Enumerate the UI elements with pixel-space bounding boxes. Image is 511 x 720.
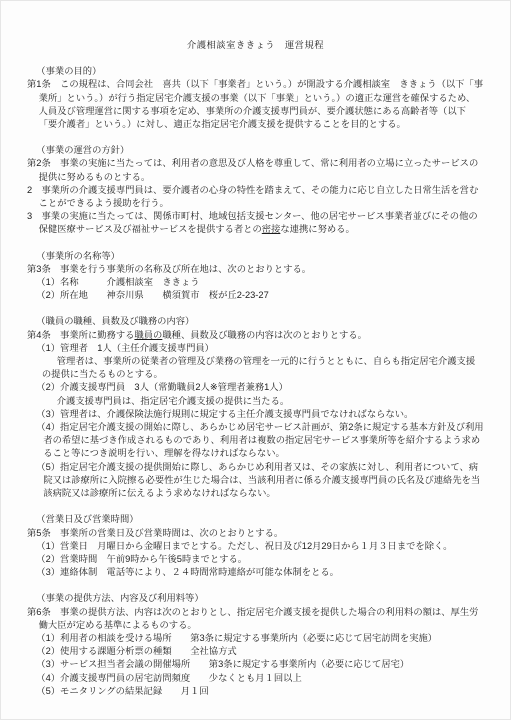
- doc-article: 第3条 事業を行う事業所の名称及び所在地は、次のとおりとする。: [27, 263, 484, 276]
- document-page: 介護相談室ききょう 運営規程 （事業の目的）第1条 この規程は、合同会社 喜共（…: [0, 0, 511, 720]
- doc-item: （2）使用する課題分析票の種類 全社協方式: [27, 645, 484, 658]
- doc-item: （2）所在地 神奈川県 横須賀市 桜が丘2-23-27: [27, 289, 484, 302]
- doc-item: （5）指定居宅介護支援の提供開始に際し、あらかじめ利用者又は、その家族に対し、利…: [27, 461, 484, 501]
- doc-item: （1）営業日 月曜日から金曜日までとする。ただし、祝日及び12月29日から１月３…: [27, 540, 484, 553]
- doc-item: （4）介護支援専門員の居宅訪問頻度 少なくとも月１回以上: [27, 672, 484, 685]
- doc-item: （5）モニタリングの結果記録 月１回: [27, 685, 484, 698]
- doc-heading: （事業の運営の方針）: [27, 144, 484, 157]
- doc-item: （3）管理者は、介護保険法施行規則に規定する主任介護支援専門員でなければならない…: [27, 408, 484, 421]
- doc-item: （2）介護支援専門員 3人（常勤職員2人※管理者兼務1人）: [27, 381, 484, 394]
- doc-desc: 介護支援専門員は、指定居宅介護支援の提供に当たる。: [27, 395, 484, 408]
- document-body: （事業の目的）第1条 この規程は、合同会社 喜共（以下「事業者」という。）が開設…: [27, 65, 484, 698]
- doc-item: （1）利用者の相談を受ける場所 第3条に規定する事業所内（必要に応じて居宅訪問を…: [27, 632, 484, 645]
- doc-item: （4）指定居宅介護支援の開始に際し、あらかじめ居宅サービス計画が、第2条に規定す…: [27, 421, 484, 461]
- doc-article: 2 事業所の介護支援専門員は、要介護者の心身の特性を踏まえて、その能力に応じ自立…: [27, 184, 484, 210]
- doc-heading: （職員の職種、員数及び職務の内容）: [27, 315, 484, 328]
- doc-heading: （営業日及び営業時間）: [27, 513, 484, 526]
- doc-article: 第2条 事業の実施に当たっては、利用者の意思及び人格を尊重して、常に利用者の立場…: [27, 157, 484, 183]
- doc-article: 3 事業の実施に当たっては、関係市町村、地域包括支援センター、他の居宅サービス事…: [27, 210, 484, 236]
- doc-item: （3）連絡体制 電話等により、２４時間常時連絡が可能な体制をとる。: [27, 566, 484, 579]
- doc-article: 第4条 事業所に勤務する職員の職種、員数及び職務の内容は次のとおりとする。: [27, 329, 484, 342]
- doc-article: 第1条 この規程は、合同会社 喜共（以下「事業者」という。）が開設する介護相談室…: [27, 78, 484, 131]
- doc-heading: （事業の目的）: [27, 65, 484, 78]
- doc-desc: 管理者は、事業所の従業者の管理及び業務の管理を一元的に行うとともに、自らも指定居…: [27, 355, 484, 381]
- doc-article: 第5条 事業所の営業日及び営業時間は、次のとおりとする。: [27, 527, 484, 540]
- doc-item: （3）サービス担当者会議の開催場所 第3条に規定する事業所内（必要に応じて居宅）: [27, 658, 484, 671]
- document-title: 介護相談室ききょう 運営規程: [27, 39, 484, 52]
- doc-item: （1）管理者 1人（主任介護支援専門員）: [27, 342, 484, 355]
- doc-heading: （事業の提供方法、内容及び利用料等）: [27, 592, 484, 605]
- doc-item: （2）営業時間 午前9時から午後5時までとする。: [27, 553, 484, 566]
- doc-item: （1）名称 介護相談室 ききょう: [27, 276, 484, 289]
- doc-article: 第6条 事業の提供方法、内容は次のとおりとし、指定居宅介護支援を提供した場合の利…: [27, 606, 484, 632]
- doc-heading: （事業所の名称等）: [27, 250, 484, 263]
